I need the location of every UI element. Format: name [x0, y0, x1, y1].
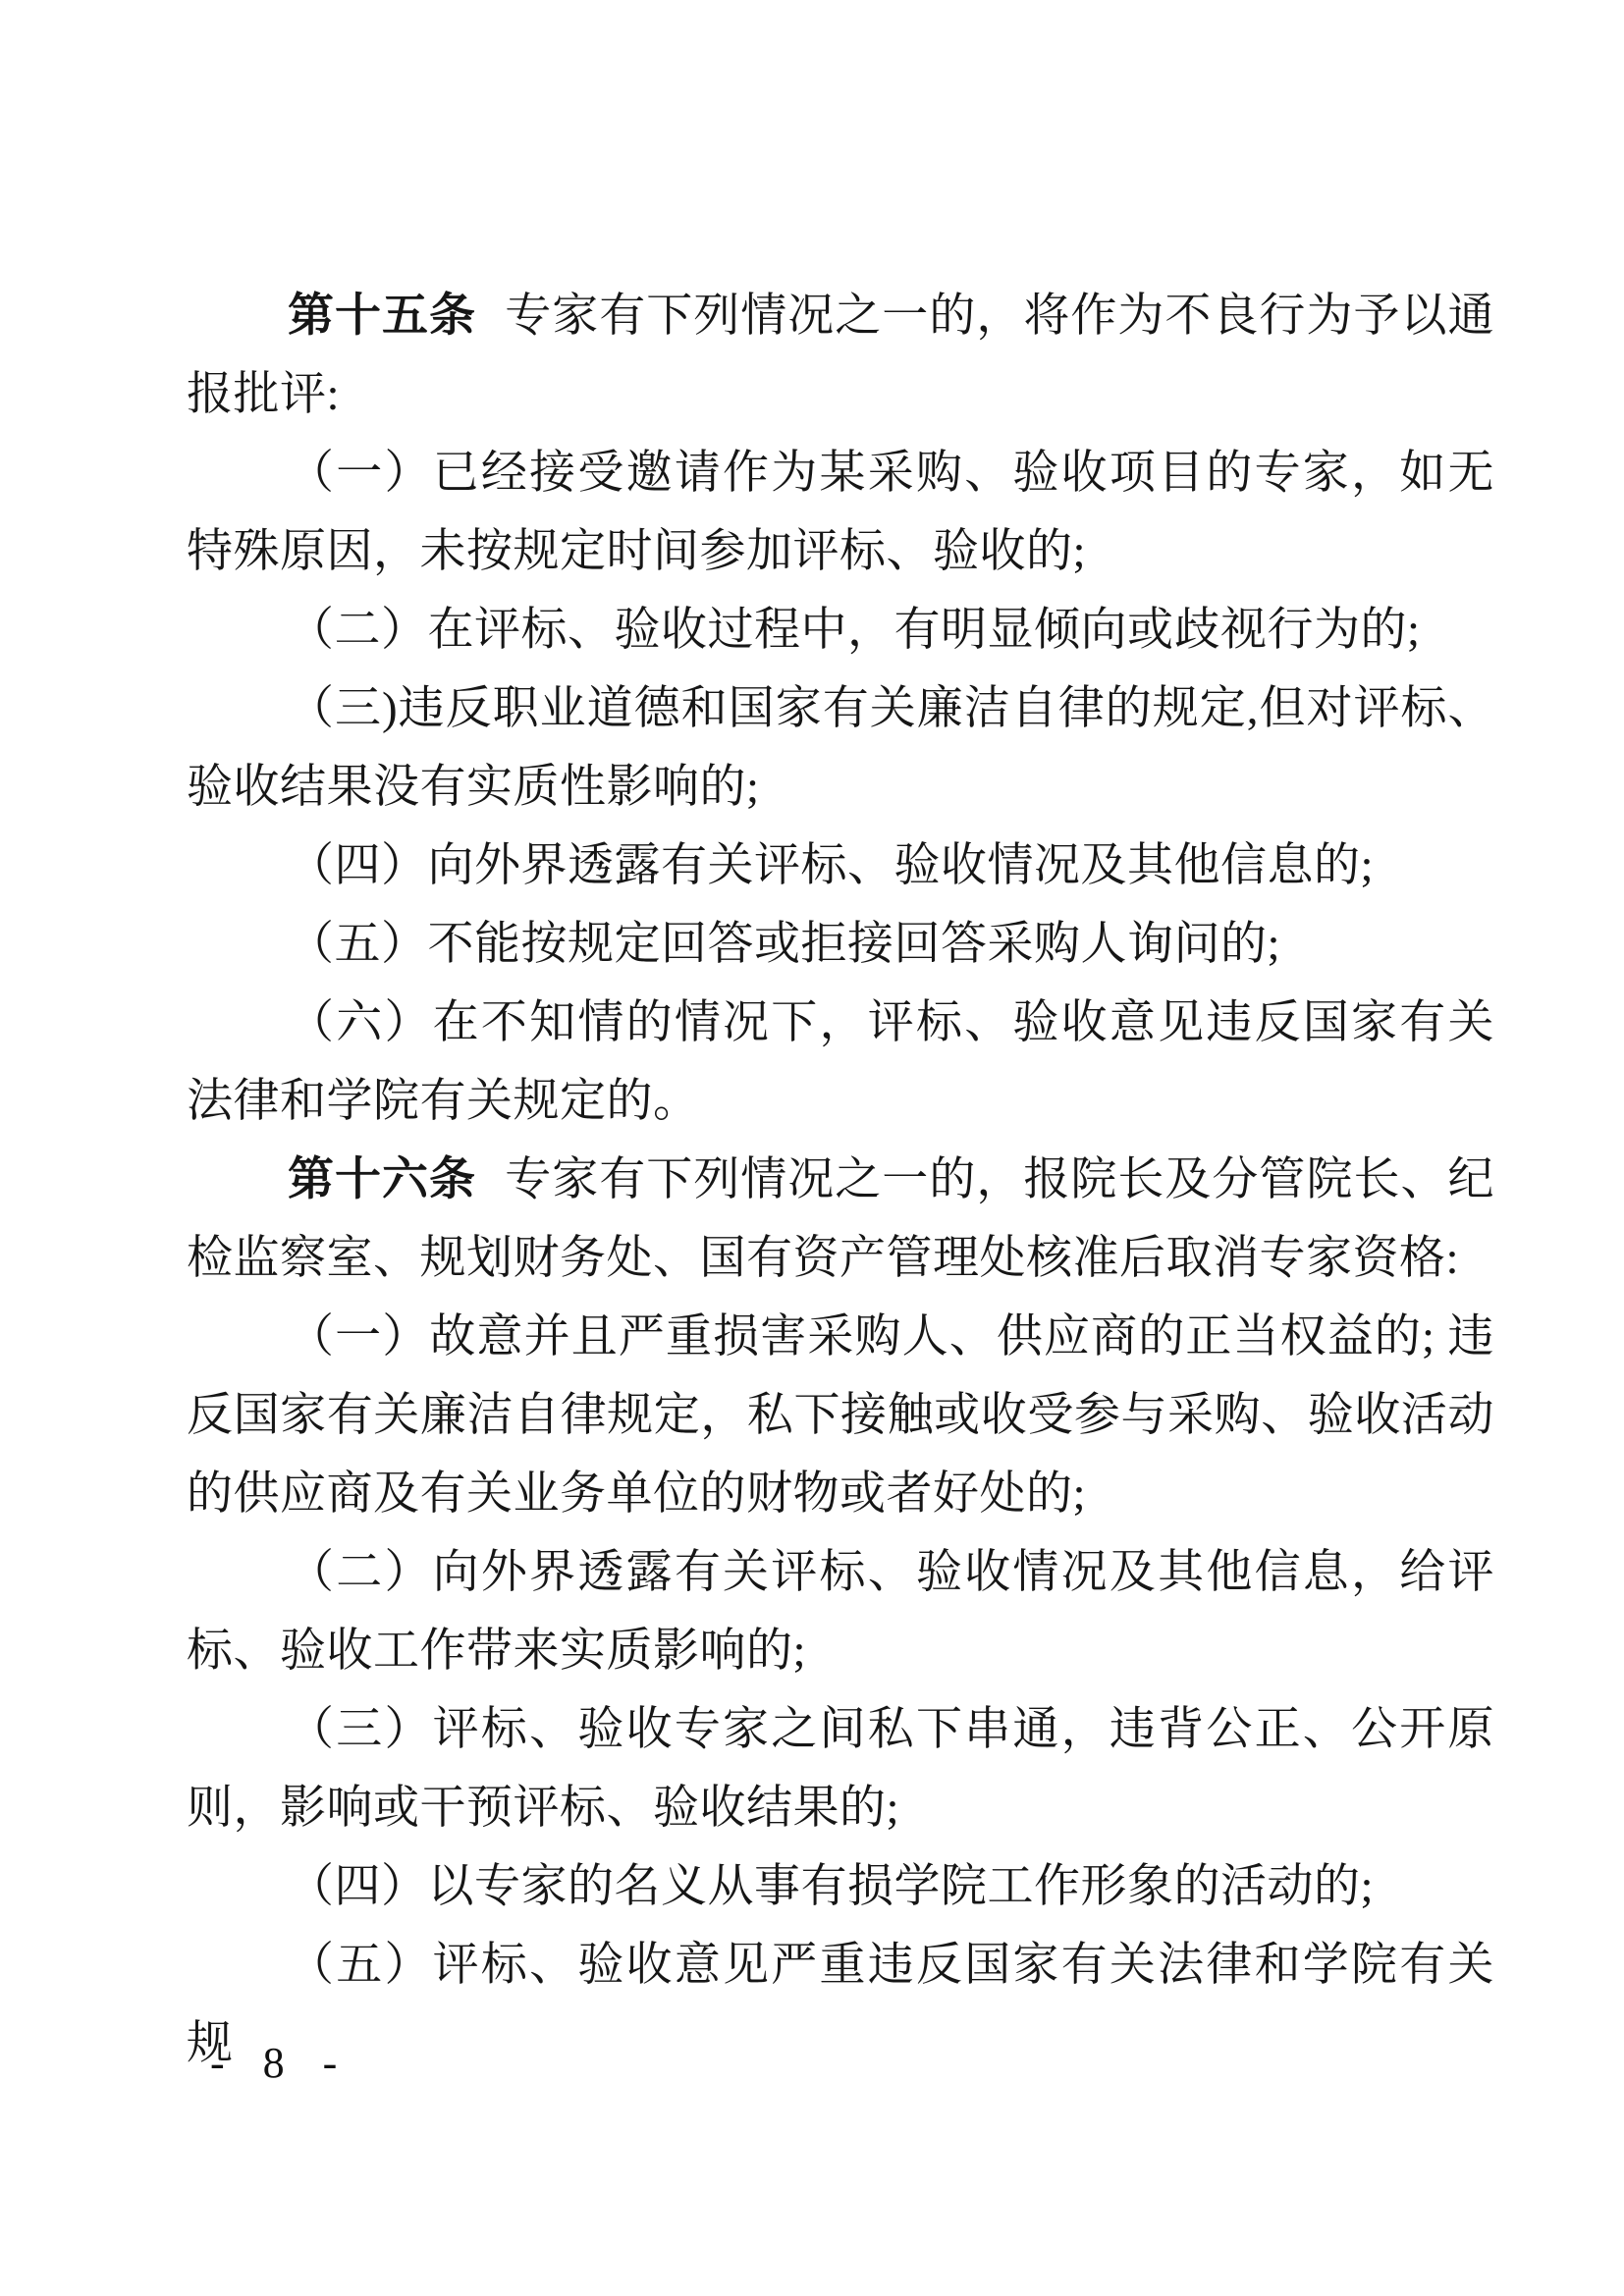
article-15-item-6: （六）在不知情的情况下，评标、验收意见违反国家有关法律和学院有关规定的。	[187, 984, 1494, 1141]
article-16-label: 第十六条	[288, 1154, 476, 1205]
article-15-item-3: （三)违反职业道德和国家有关廉洁自律的规定,但对评标、验收结果没有实质性影响的;	[187, 669, 1494, 827]
article-16-item-5: （五）评标、验收意见严重违反国家有关法律和学院有关规	[187, 1926, 1494, 2083]
article-16-paragraph: 第十六条专家有下列情况之一的，报院长及分管院长、纪检监察室、规划财务处、国有资产…	[187, 1141, 1494, 1298]
article-15-label: 第十五条	[288, 291, 476, 342]
article-15-item-1: （一）已经接受邀请作为某采购、验收项目的专家，如无特殊原因，未按规定时间参加评标…	[187, 434, 1494, 591]
article-15-item-5: （五）不能按规定回答或拒接回答采购人询问的;	[187, 905, 1494, 984]
article-15-item-2: （二）在评标、验收过程中，有明显倾向或歧视行为的;	[187, 591, 1494, 669]
article-16-item-4: （四）以专家的名义从事有损学院工作形象的活动的;	[187, 1847, 1494, 1926]
article-16-item-1: （一）故意并且严重损害采购人、供应商的正当权益的; 违反国家有关廉洁自律规定，私…	[187, 1298, 1494, 1533]
article-16-item-3: （三）评标、验收专家之间私下串通，违背公正、公开原则，影响或干预评标、验收结果的…	[187, 1690, 1494, 1847]
article-16-item-2: （二）向外界透露有关评标、验收情况及其他信息，给评标、验收工作带来实质影响的;	[187, 1533, 1494, 1690]
page-number: - 8 -	[210, 2034, 351, 2093]
article-15-paragraph: 第十五条专家有下列情况之一的，将作为不良行为予以通报批评:	[187, 277, 1494, 434]
article-15-item-4: （四）向外界透露有关评标、验收情况及其他信息的;	[187, 827, 1494, 905]
document-body: 第十五条专家有下列情况之一的，将作为不良行为予以通报批评: （一）已经接受邀请作…	[187, 277, 1494, 2083]
document-page: 第十五条专家有下列情况之一的，将作为不良行为予以通报批评: （一）已经接受邀请作…	[0, 0, 1624, 2296]
